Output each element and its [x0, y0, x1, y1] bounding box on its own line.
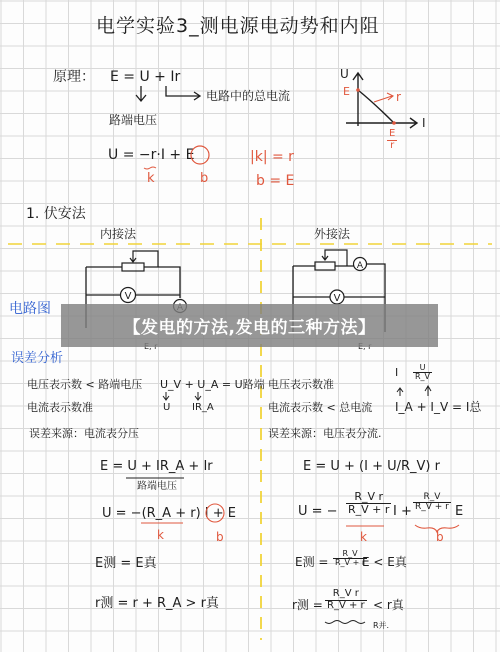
right-r-measured-note: R并. — [373, 622, 389, 630]
notebook-page: 电学实验3_测电源电动势和内阻 原理： E = U + Ir 电路中的总电流 路… — [0, 0, 500, 652]
title-overlay-banner: 【发电的方法,发电的三种方法】 — [61, 304, 438, 347]
